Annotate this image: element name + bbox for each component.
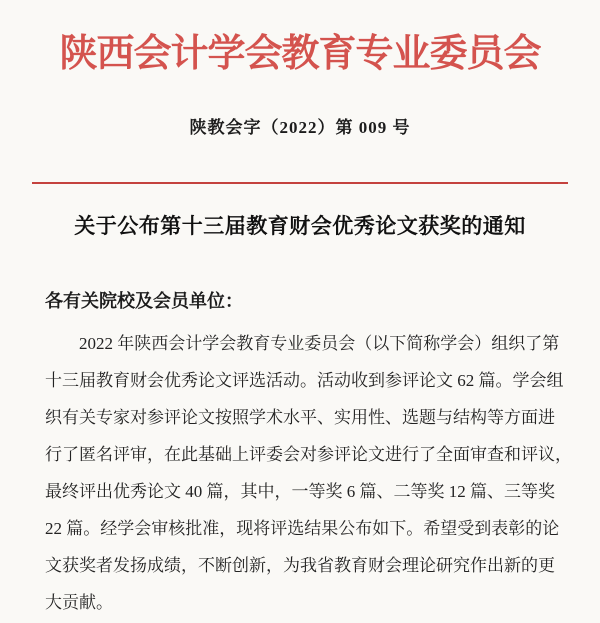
letterhead-title: 陕西会计学会教育专业委员会 [0,26,600,82]
red-divider-line [32,182,568,184]
document-page: 陕西会计学会教育专业委员会 陕教会字（2022）第 009 号 关于公布第十三届… [0,0,600,623]
document-number: 陕教会字（2022）第 009 号 [0,116,600,140]
body-line: 22 篇。经学会审核批准，现将评选结果公布如下。希望受到表彰的论 [45,510,555,547]
body-line: 2022 年陕西会计学会教育专业委员会（以下简称学会）组织了第 [45,325,555,362]
body-line: 最终评出优秀论文 40 篇，其中，一等奖 6 篇、二等奖 12 篇、三等奖 [45,473,555,510]
body-line: 大贡献。 [45,584,555,621]
document-body: 各有关院校及会员单位： 2022 年陕西会计学会教育专业委员会（以下简称学会）组… [45,289,555,621]
body-line: 文获奖者发扬成绩，不断创新，为我省教育财会理论研究作出新的更 [45,547,555,584]
notice-title: 关于公布第十三届教育财会优秀论文获奖的通知 [0,211,600,241]
salutation-line: 各有关院校及会员单位： [45,289,555,313]
body-line: 行了匿名评审，在此基础上评委会对参评论文进行了全面审查和评议， [45,436,555,473]
body-line: 十三届教育财会优秀论文评选活动。活动收到参评论文 62 篇。学会组 [45,362,555,399]
body-line: 织有关专家对参评论文按照学术水平、实用性、选题与结构等方面进 [45,399,555,436]
body-paragraph: 2022 年陕西会计学会教育专业委员会（以下简称学会）组织了第 十三届教育财会优… [45,325,555,621]
